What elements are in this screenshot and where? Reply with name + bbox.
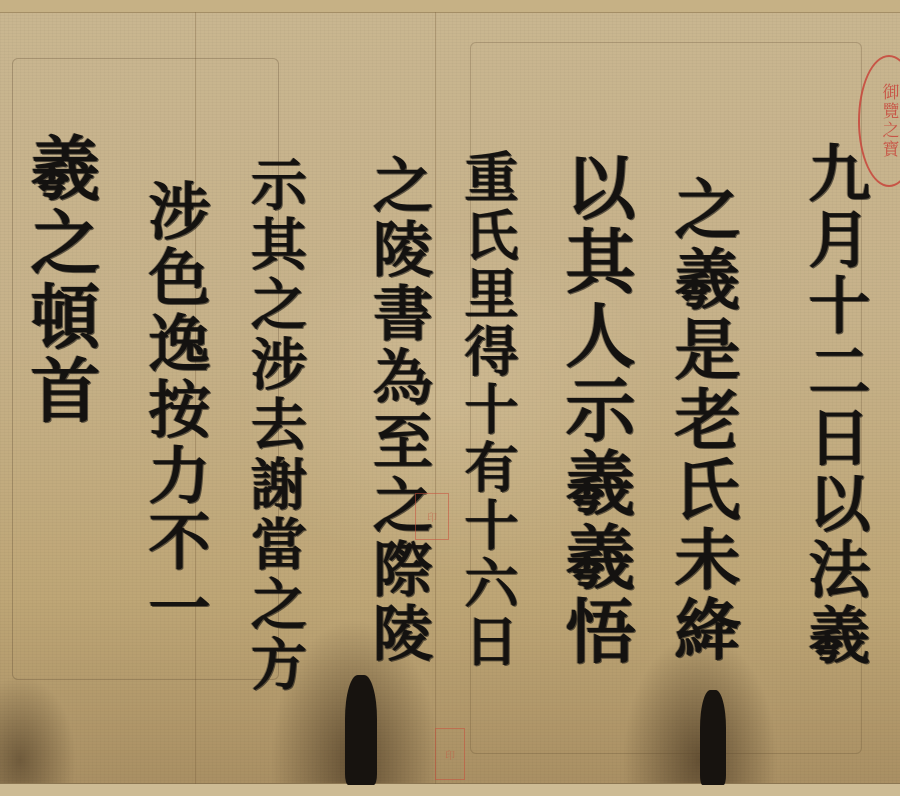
calligraphy-column-5: 之陵書為至之際陵 (355, 60, 441, 760)
calligraphy-column-4: 重氏里得十有十六日 (450, 60, 527, 760)
calligraphy-column-6: 示其之涉去謝當之方 (235, 75, 315, 775)
calligraphy-column-3: 以其人示羲羲悟 (545, 60, 646, 760)
calligraphy-column-7: 涉色逸按力不一 (130, 60, 219, 760)
calligraphy-column-8: 羲之頓首 (10, 80, 111, 480)
scroll-bottom-border (0, 783, 900, 796)
calligraphy-scroll: 九月十二日以法羲 之羲是老氏未絳 以其人示羲羲悟 重氏里得十有十六日 之陵書為至… (0, 0, 900, 796)
collector-seal-square: 印 (415, 493, 449, 540)
scroll-top-border (0, 0, 900, 13)
collector-seal-square: 印 (435, 728, 465, 780)
calligraphy-column-2: 之羲是老氏未絳 (655, 70, 750, 770)
